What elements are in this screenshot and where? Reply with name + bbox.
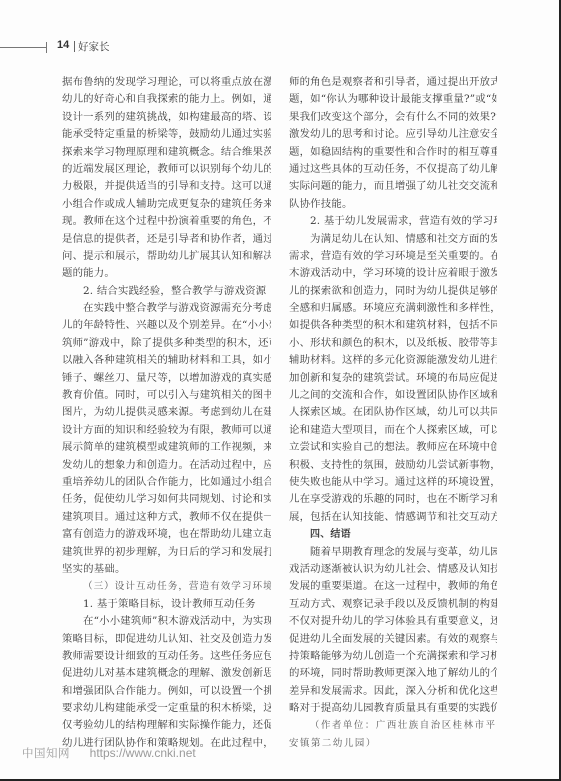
cnki-brand: 中国知网	[22, 746, 70, 760]
watermark-footer: 中国知网 https://www.cnki.net	[22, 745, 196, 761]
paragraph-line: 重培养幼儿的团队合作能力，比如通过小组合作	[62, 474, 271, 491]
paragraph-line: 设计一系列的建筑挑战，如构建最高的塔、设计	[62, 109, 271, 126]
paragraph-first-line: 随着早期教育理念的发展与变革，幼儿园游	[289, 544, 497, 561]
paragraph-line: 互动方式、观察记录手段以及反馈机制的构建，	[289, 596, 497, 613]
section-title: 四、结语	[289, 526, 497, 543]
paragraph-line: 立尝试和实验自己的想法。教师应在环境中创造	[289, 439, 497, 456]
paragraph-line: 儿的年龄特性、兴趣以及个别差异。在“小小建	[62, 317, 271, 334]
paragraph-line: 仅考验幼儿的结构理解和实际操作能力，还促使	[62, 717, 271, 734]
paragraph-line: 题，如“你认为哪种设计最能支撑重量?”或“如	[289, 91, 497, 108]
paragraph-line: 探索来学习物理原理和建筑概念。结合维果茨基	[62, 144, 271, 161]
paragraph-line: 和增强团队合作能力。例如，可以设置一个挑战，	[62, 683, 271, 700]
page-header: 14 好家长	[0, 39, 200, 55]
paragraph-first-line: 在“小小建筑师”积木游戏活动中，为实现	[62, 613, 271, 630]
page-number: 14	[57, 39, 69, 51]
section-heading: （三）设计互动任务，营造有效学习环境	[62, 578, 271, 595]
paragraph-line: 要求幼儿构建能承受一定重量的积木桥梁，这不	[62, 700, 271, 717]
paragraph-line: 儿之间的交流和合作，如设置团队协作区域和个	[289, 387, 497, 404]
paragraph-line: 富有创造力的游戏环境，也在帮助幼儿建立起对	[62, 526, 271, 543]
journal-name: 好家长	[78, 39, 110, 54]
paragraph-line: 设计方面的知识和经验较为有限，教师可以通过	[62, 422, 271, 439]
paragraph-line: 的环境，同时帮助教师更深入地了解幼儿的个体	[289, 665, 497, 682]
subheading: 1. 基于策略目标，设计教师互动任务	[62, 596, 271, 613]
paragraph-line: 论和建造大型项目，而在个人探索区域，可以独	[289, 422, 497, 439]
paragraph-line: 策略目标，即促进幼儿认知、社交及创造力发展，	[62, 631, 271, 648]
paragraph-line: 实际问题的能力，而且增强了幼儿社交交流和团	[289, 178, 497, 195]
paragraph-line: 差异和发展需求。因此，深入分析和优化这些策	[289, 683, 497, 700]
paragraph-line: 辅助材料。这样的多元化资源能激发幼儿进行更	[289, 352, 497, 369]
paragraph-line: 是信息的提供者，还是引导者和协作者，通过提	[62, 231, 271, 248]
paragraph-line: 通过这些具体的互动任务，不仅提高了幼儿解决	[289, 161, 497, 178]
paragraph-line: 任务，促使幼儿学习如何共同规划、讨论和实施	[62, 491, 271, 508]
paragraph-line: 建筑世界的初步理解，为日后的学习和发展打下	[62, 544, 271, 561]
paragraph-line: 需求，营造有效的学习环境是至关重要的。在积	[289, 248, 497, 265]
paragraph-line: 果我们改变这个部分，会有什么不同的效果?”来	[289, 109, 497, 126]
paragraph-line: 不仅对提升幼儿的学习体验具有重要意义，还是	[289, 613, 497, 630]
paragraph-line: 小、形状和颜色的积木，以及纸板、胶带等其他	[289, 335, 497, 352]
paragraph-line: 加创新和复杂的建筑尝试。环境的布局应促进幼	[289, 370, 497, 387]
paragraph-line: 持策略能够为幼儿创造一个充满探索和学习机会	[289, 648, 497, 665]
paragraph-line: 激发幼儿的思考和讨论。应引导幼儿注意安全问	[289, 126, 497, 143]
right-column: 师的角色是观察者和引导者，通过提出开放式问题，如“你认为哪种设计最能支撑重量?”…	[289, 74, 497, 752]
subheading: 2. 基于幼儿发展需求，营造有效的学习环境	[289, 213, 497, 230]
paragraph-line: 题，如稳固结构的重要性和合作时的相互尊重。	[289, 144, 497, 161]
header-rule	[0, 47, 46, 48]
header-separator	[74, 41, 75, 52]
paragraph-first-line: 为满足幼儿在认知、情感和社交方面的发展	[289, 231, 497, 248]
paragraph-line: 小组合作或成人辅助完成更复杂的建筑任务来实	[62, 196, 271, 213]
left-column: 据布鲁纳的发现学习理论，可以将重点放在激发幼儿的好奇心和自我探索的能力上。例如，…	[62, 74, 271, 752]
paragraph-first-line: 在实践中整合教学与游戏资源需充分考虑幼	[62, 300, 271, 317]
author-affiliation: （作者单位：广西壮族自治区桂林市平乐县同	[289, 717, 497, 734]
paragraph-line: 展示简单的建筑模型或建筑师的工作视频，来激	[62, 439, 271, 456]
paragraph-line: 图片，为幼儿提供灵感来源。考虑到幼儿在建筑	[62, 404, 271, 421]
paragraph-line: 题的能力。	[62, 265, 271, 282]
paragraph-line: 力极限，并提供适当的引导和支持。这可以通过	[62, 178, 271, 195]
paragraph-line: 发幼儿的想象力和创造力。在活动过程中，应注	[62, 457, 271, 474]
paragraph-line: 坚实的基础。	[62, 561, 271, 578]
paragraph-line: 幼儿的好奇心和自我探索的能力上。例如，通过	[62, 91, 271, 108]
paragraph-line: 队协作技能。	[289, 196, 497, 213]
paragraph-line: 锤子、螺丝刀、量尺等，以增加游戏的真实感和	[62, 370, 271, 387]
paragraph-line: 人探索区域。在团队协作区域，幼儿可以共同讨	[289, 404, 497, 421]
paragraph-line: 教育价值。同时，可以引入与建筑相关的图书和	[62, 387, 271, 404]
paragraph-line: 促进幼儿对基本建筑概念的理解、激发创新思维	[62, 665, 271, 682]
paragraph-line: 问、提示和展示，帮助幼儿扩展其认知和解决问	[62, 248, 271, 265]
paragraph-line: 促进幼儿全面发展的关键因素。有效的观察与支	[289, 631, 497, 648]
paragraph-line: 儿在享受游戏的乐趣的同时，也在不断学习和发	[289, 491, 497, 508]
paragraph-line: 如提供各种类型的积木和建筑材料，包括不同大	[289, 317, 497, 334]
paragraph-line: 木游戏活动中，学习环境的设计应着眼于激发幼	[289, 265, 497, 282]
paragraph-line: 的近端发展区理论，教师可以识别每个幼儿的能	[62, 161, 271, 178]
paragraph-line: 积极、支持性的氛围，鼓励幼儿尝试新事物，即	[289, 457, 497, 474]
paragraph-line: 建筑项目。通过这种方式，教师不仅在提供一个	[62, 509, 271, 526]
cnki-url: https://www.cnki.net	[90, 746, 196, 760]
paragraph-line: 戏活动逐渐被认识为幼儿社会、情感及认知技能	[289, 561, 497, 578]
subheading: 2. 结合实践经验，整合教学与游戏资源	[62, 283, 271, 300]
paragraph-line: 全感和归属感。环境应充满刺激性和多样性，比	[289, 300, 497, 317]
paragraph-line: 发展的重要渠道。在这一过程中，教师的角色、	[289, 578, 497, 595]
paragraph-line: 以融入各种建筑相关的辅助材料和工具，如小型	[62, 352, 271, 369]
paragraph-line: 略对于提高幼儿园教育质量具有重要的实践价值。	[289, 700, 497, 717]
paragraph-line: 儿的探索欲和创造力，同时为幼儿提供足够的安	[289, 283, 497, 300]
paragraph-line: 师的角色是观察者和引导者，通过提出开放式问	[289, 74, 497, 91]
header-tick	[46, 42, 47, 53]
paragraph-line: 教师需要设计细致的互动任务。这些任务应包括	[62, 648, 271, 665]
paragraph-line: 使失败也能从中学习。通过这样的环境设置，幼	[289, 474, 497, 491]
author-affiliation: 安镇第二幼儿园）	[289, 735, 497, 752]
paragraph-line: 能承受特定重量的桥梁等，鼓励幼儿通过实验和	[62, 126, 271, 143]
paragraph-line: 现。教师在这个过程中扮演着重要的角色，不仅	[62, 213, 271, 230]
paragraph-line: 展，包括在认知技能、情感调节和社交互动方面。	[289, 509, 497, 526]
paragraph-line: 据布鲁纳的发现学习理论，可以将重点放在激发	[62, 74, 271, 91]
document-page: 14 好家长 据布鲁纳的发现学习理论，可以将重点放在激发幼儿的好奇心和自我探索的…	[0, 0, 561, 781]
paragraph-line: 筑师”游戏中，除了提供多种类型的积木，还可	[62, 335, 271, 352]
